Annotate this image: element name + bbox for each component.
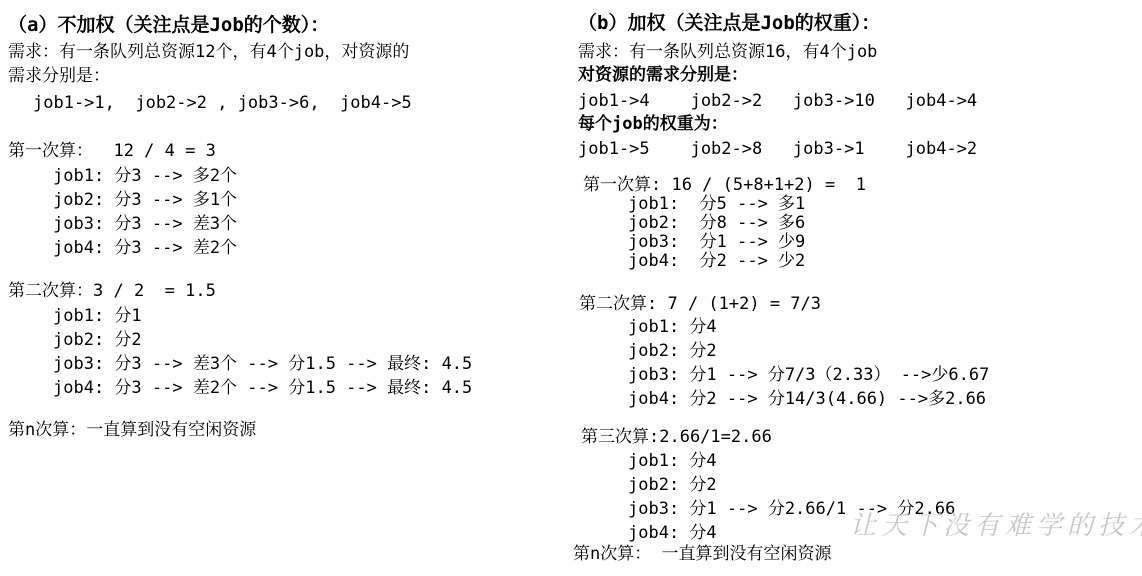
panel-b-demand-heading: 对资源的需求分别是： [578,65,748,85]
panel-a-title: （a）不加权（关注点是Job的个数）： [8,10,329,37]
watermark-text: 让天下没有难学的技术 [850,505,1142,542]
panel-b-round2-job2: job2: 分2 [628,341,717,361]
panel-b-round1-header: 第一次算: 16 / (5+8+1+2) = 1 [583,175,866,195]
panel-b-round2-job3: job3: 分1 --> 分7/3（2.33） -->少6.67 [628,365,989,385]
panel-b-round1-job4: job4: 分2 --> 少2 [628,251,805,271]
panel-a-final-line: 第n次算：一直算到没有空闲资源 [8,420,256,440]
panel-a-round2-job3: job3: 分3 --> 差3个 --> 分1.5 --> 最终: 4.5 [53,354,472,374]
panel-b-round1-job2: job2: 分8 --> 多6 [628,213,805,233]
panel-a-requirement-line-1: 需求：有一条队列总资源12个，有4个job，对资源的 [8,42,409,62]
panel-b-round3-job1: job1: 分4 [628,451,717,471]
panel-b-title: （b）加权（关注点是Job的权重）： [578,8,880,35]
panel-b-round3-job2: job2: 分2 [628,475,717,495]
panel-a-requirement-line-2: 需求分别是： [8,66,110,86]
panel-a-round1-job3: job3: 分3 --> 差3个 [53,214,237,234]
panel-b-weight-heading: 每个job的权重为： [578,114,728,134]
panel-a-round1-job2: job2: 分3 --> 多1个 [53,190,237,210]
panel-a-round1-header: 第一次算： 12 / 4 = 3 [8,141,216,161]
panel-b-round2-header: 第二次算: 7 / (1+2) = 7/3 [579,294,821,314]
panel-b-round2-job1: job1: 分4 [628,317,717,337]
panel-a-round1-job1: job1: 分3 --> 多2个 [53,166,237,186]
document-page: （a）不加权（关注点是Job的个数）： 需求：有一条队列总资源12个，有4个jo… [0,0,1142,576]
panel-a-demands-line: job1->1, job2->2 , job3->6, job4->5 [33,93,412,113]
panel-b-demands-line: job1->4 job2->2 job3->10 job4->4 [578,91,977,111]
panel-a-round2-header: 第二次算：3 / 2 = 1.5 [8,281,216,301]
panel-b-weights-line: job1->5 job2->8 job3->1 job4->2 [578,139,977,159]
panel-a-round1-job4: job4: 分3 --> 差2个 [53,238,237,258]
panel-b-final-line: 第n次算： 一直算到没有空闲资源 [573,544,831,564]
panel-b-round2-job4: job4: 分2 --> 分14/3(4.66) -->多2.66 [628,389,986,409]
panel-b-round3-job4: job4: 分4 [628,523,717,543]
panel-b-round1-job3: job3: 分1 --> 少9 [628,232,805,252]
panel-a-round2-job4: job4: 分3 --> 差2个 --> 分1.5 --> 最终: 4.5 [53,378,472,398]
panel-a-round2-job1: job1: 分1 [53,306,142,326]
panel-b-round3-header: 第三次算:2.66/1=2.66 [581,427,772,447]
panel-b-requirement-line: 需求：有一条队列总资源16，有4个job [578,42,877,62]
panel-a-round2-job2: job2: 分2 [53,330,142,350]
panel-b-round1-job1: job1: 分5 --> 多1 [628,194,805,214]
